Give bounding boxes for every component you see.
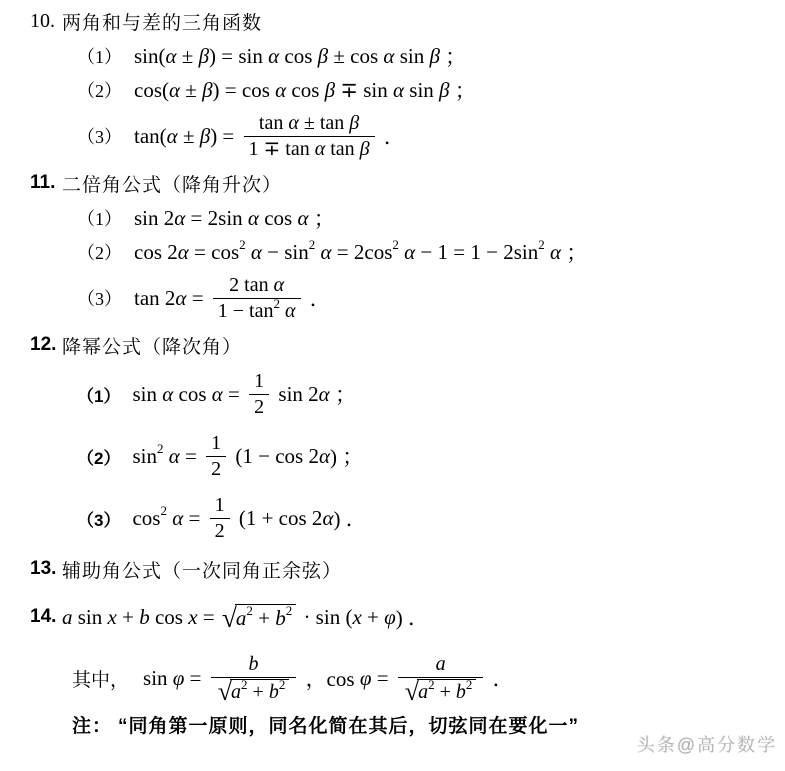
item-label: （1） — [77, 382, 120, 407]
formula: cos(α ± β) = cos α cos β ∓ sin α sin β ； — [134, 75, 476, 105]
item-label: （3） — [77, 123, 122, 149]
formula-line: （2） cos 2α = cos2 α − sin2 α = 2cos2 α −… — [77, 237, 785, 267]
section-number: 14. — [30, 606, 62, 628]
section-number: 10. — [30, 10, 62, 33]
formula: cos2 α = 12 (1 + cos 2α) ． — [132, 494, 366, 543]
section-11-heading: 11. 二倍角公式（降角升次） — [30, 170, 785, 196]
section-14-line: 14. a sin x + b cos x = √a2 + b2 · sin (… — [30, 596, 785, 638]
item-label: （1） — [77, 43, 122, 69]
formula: sin φ = b√a2 + b2 ，cos φ = a√a2 + b2 ． — [143, 653, 514, 704]
formula: sin(α ± β) = sin α cos β ± cos α sin β ； — [134, 41, 466, 71]
formula-line: （3） tan(α ± β) = tan α ± tan β1 ∓ tan α … — [77, 109, 785, 163]
formula: sin2 α = 12 (1 − cos 2α) ； — [132, 432, 363, 481]
section-12-heading: 12. 降幂公式（降次角） — [30, 332, 785, 358]
section-10-heading: 10. 两角和与差的三角函数 — [30, 8, 785, 34]
formula-line: （1） sin α cos α = 12 sin 2α ； — [77, 365, 785, 423]
toutiao-watermark: 头条@高分数学 — [637, 731, 777, 757]
section-title: 二倍角公式（降角升次） — [62, 170, 282, 197]
section-title: 降幂公式（降次角） — [62, 332, 242, 359]
formula: sin α cos α = 12 sin 2α ； — [132, 370, 355, 419]
formula: cos 2α = cos2 α − sin2 α = 2cos2 α − 1 =… — [134, 237, 587, 267]
supplement-label: 其中， — [72, 665, 129, 692]
formula: tan 2α = 2 tan α1 − tan2 α ． — [134, 274, 331, 323]
section-title: 辅助角公式（一次同角正余弦） — [62, 556, 342, 583]
item-label: （2） — [77, 444, 120, 469]
note-label: 注： — [72, 711, 112, 738]
formula-line: （3） tan 2α = 2 tan α1 − tan2 α ． — [77, 271, 785, 325]
item-label: （2） — [77, 239, 122, 265]
section-13-heading: 13. 辅助角公式（一次同角正余弦） — [30, 556, 785, 582]
note-text: “同角第一原则，同名化简在其后，切弦同在要化一” — [118, 711, 579, 738]
formula-line: （1） sin(α ± β) = sin α cos β ± cos α sin… — [77, 41, 785, 71]
formula-sheet-page: 10. 两角和与差的三角函数 （1） sin(α ± β) = sin α co… — [0, 0, 785, 771]
section-number: 12. — [30, 334, 62, 356]
formula: a sin x + b cos x = √a2 + b2 · sin (x + … — [62, 602, 429, 632]
formula: sin 2α = 2sin α cos α ； — [134, 203, 335, 233]
formula-line: （1） sin 2α = 2sin α cos α ； — [77, 203, 785, 233]
item-label: （3） — [77, 506, 120, 531]
section-title: 两角和与差的三角函数 — [62, 8, 262, 35]
section-number: 11. — [30, 172, 62, 194]
item-label: （1） — [77, 205, 122, 231]
formula-line: （2） sin2 α = 12 (1 − cos 2α) ； — [77, 427, 785, 485]
item-label: （3） — [77, 285, 122, 311]
formula: tan(α ± β) = tan α ± tan β1 ∓ tan α tan … — [134, 112, 405, 161]
section-number: 13. — [30, 558, 62, 580]
formula-line: （2） cos(α ± β) = cos α cos β ∓ sin α sin… — [77, 75, 785, 105]
supplement-line: 其中， sin φ = b√a2 + b2 ，cos φ = a√a2 + b2… — [72, 648, 785, 708]
formula-line: （3） cos2 α = 12 (1 + cos 2α) ． — [77, 489, 785, 547]
item-label: （2） — [77, 77, 122, 103]
